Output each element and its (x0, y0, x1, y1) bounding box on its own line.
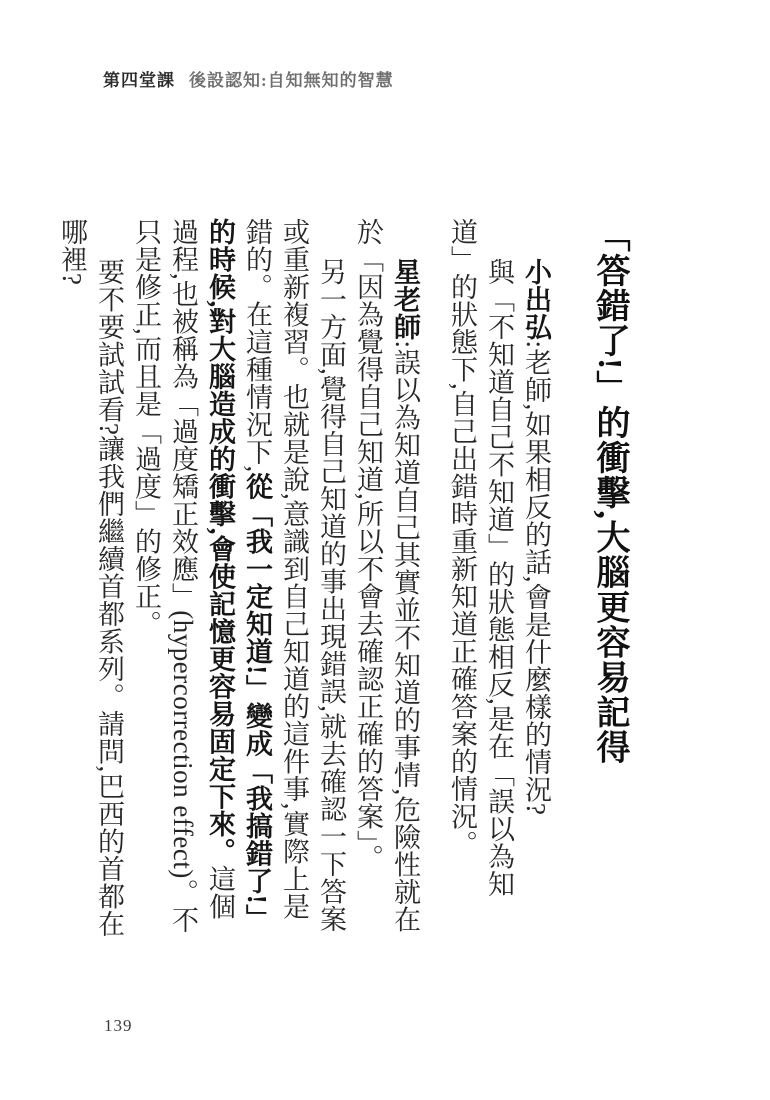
chapter-label: 第四堂課 (103, 71, 175, 90)
dialogue-text: 要不要試試看?讓我們繼續首都系列。請問,巴西的首都在哪裡? (57, 218, 124, 938)
running-header: 第四堂課後設認知:自知無知的智慧 (103, 66, 394, 91)
speaker-name-hoshi: 星老師 (390, 258, 420, 341)
dialogue-text: 與「不知道自己不知道」的狀態相反,是在「誤以為知道」的狀態下,自己出錯時重新知道… (447, 218, 514, 898)
dialogue-paragraph-koide: 小出弘:老師,如果相反的話,會是什麼樣的情況? (517, 218, 554, 938)
article-body: 「答錯了!」的衝擊,大腦更容易記得 小出弘:老師,如果相反的話,會是什麼樣的情況… (53, 218, 662, 938)
chapter-title: 後設認知:自知無知的智慧 (189, 71, 394, 90)
dialogue-paragraph-hoshi: 星老師:誤以為知道自己其實並不知道的事情,危險性就在於「因為覺得自己知道,所以不… (349, 218, 423, 938)
article-title: 「答錯了!」的衝擊,大腦更容易記得 (578, 218, 640, 938)
speaker-name-koide: 小出弘 (521, 258, 551, 341)
dialogue-text: :老師,如果相反的話,會是什麼樣的情況? (521, 341, 551, 816)
dialogue-paragraph-hoshi-continued: 另一方面,覺得自己知道的事出現錯誤,就去確認一下答案或重新複習。也就是說,意識到… (127, 218, 349, 938)
page-number: 139 (104, 1016, 133, 1036)
dialogue-paragraph-koide-continued: 與「不知道自己不知道」的狀態相反,是在「誤以為知道」的狀態下,自己出錯時重新知道… (443, 218, 517, 938)
dialogue-paragraph-question: 要不要試試看?讓我們繼續首都系列。請問,巴西的首都在哪裡? (53, 218, 127, 938)
